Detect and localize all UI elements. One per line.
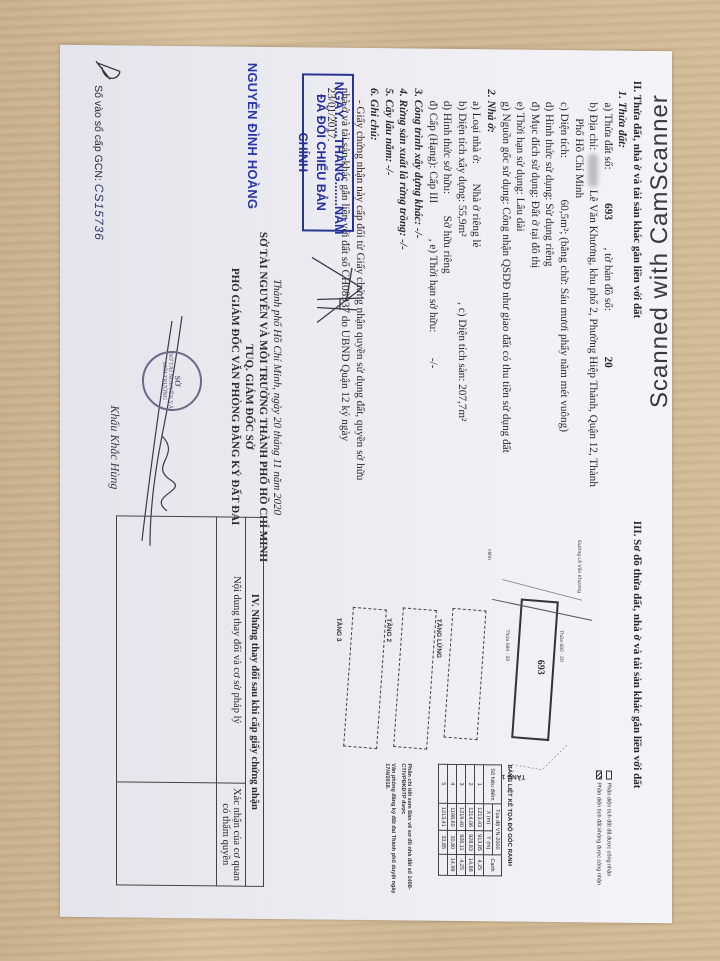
section-iv: IV. Những thay đổi sau khi cấp giấy chứn… (116, 515, 264, 887)
address-cont: Phố Hồ Chí Minh (571, 80, 586, 500)
area-row: c) Diện tích: 60,5m²; (bằng chữ: Sáu mươ… (556, 80, 571, 500)
parcel-row: a) Thửa đất số: 693 , tờ bản đồ số: 20 (600, 80, 615, 500)
changes-table: IV. Những thay đổi sau khi cấp giấy chứn… (116, 515, 264, 887)
place-date: Thành phố Hồ Chí Minh, ngày 20 tháng 11 … (270, 217, 284, 577)
legend-recognized: Phần diện tích đất đã được công nhận (606, 771, 612, 877)
coord-table: Số hiệu điểm Tọa độ VN-2000 Cạnh X (m) Y… (438, 764, 502, 876)
land-heading: 1. Thửa đất: (615, 81, 630, 501)
coord-row: 41198,6030,8014,99 (448, 764, 457, 875)
certifier-signature (302, 247, 372, 328)
map-sheet-number: 20 (602, 357, 614, 368)
section-iii-title-wrap: III. Sơ đồ thửa đất, nhà ở và tài sản kh… (629, 521, 644, 901)
registry-number: Số vào sổ cấp GCN: CS15736 (92, 85, 106, 241)
usage-form-row: d) Hình thức sử dụng: Sử dụng riêng (542, 80, 557, 500)
floor-2-outline (393, 607, 437, 749)
section-ii-title: II. Thửa đất, nhà ở và tài sản khác gắn … (629, 81, 644, 501)
floor-label-3: TẦNG 3 (335, 618, 342, 642)
parcel-diagram: 693 Đường Lê Văn Khương Hẻm Thửa 694 · 2… (322, 518, 622, 901)
origin-row: g) Nguồn gốc sử dụng: Công nhận QSDĐ như… (498, 79, 513, 499)
built-area-row: b) Diện tích xây dựng: 55,9m² , c) Diện … (454, 79, 469, 499)
certificate-page: Scanned with CamScanner II. Thửa đất, nh… (60, 45, 672, 923)
purpose-row: đ) Mục đích sử dụng: Đất ở tại đô thị (527, 80, 542, 500)
house-type-row: a) Loại nhà ở: Nhà ở riêng lẻ (469, 79, 484, 499)
redacted-house-number (588, 153, 598, 187)
diagram-footnote-1: Phần chi tiết xem Bản vẽ sơ đồ nhà đất s… (400, 763, 412, 913)
official-seal: SỞ SỞ TÀI NGUYÊN VÀ MÔI TRƯỜNG (142, 351, 202, 412)
changes-col-content: Nội dung thay đổi và cơ sở pháp lý (217, 517, 246, 783)
camscanner-watermark: Scanned with CamScanner (646, 71, 674, 431)
section-iv-title: IV. Những thay đổi sau khi cấp giấy chứn… (246, 517, 264, 886)
floor-label-2: TẦNG 2 (385, 618, 392, 642)
term-row: e) Thời hạn sử dụng: Lâu dài (513, 80, 528, 500)
signer-name: Khấu Khắc Hùng (107, 405, 122, 489)
coord-row: 51213,4133,85 (439, 764, 448, 875)
floor-mezzanine-outline (444, 608, 487, 740)
official-signature (132, 316, 202, 547)
address-value: Lê Văn Khương, khu phố 2, Phường Hiệp Th… (587, 190, 599, 487)
coord-row: 21214,06928,8314,88 (466, 765, 475, 876)
section-iii-title: III. Sơ đồ thửa đất, nhà ở và tài sản kh… (629, 521, 644, 901)
coord-table-title: BẢNG LIỆT KÊ TỌA ĐỘ GÓC RANH (506, 764, 512, 866)
registry-value: CS15736 (92, 184, 106, 241)
floor-label-mezzanine: TẦNG LỬNG (435, 619, 442, 658)
diagram-footnote-2: Văn phòng đăng ký đất đai Thành phố duyệ… (384, 763, 396, 913)
production-forest: 4. Rừng sản xuất là rừng trồng: -/- (396, 78, 411, 498)
address-row: b) Địa chỉ: Lê Văn Khương, khu phố 2, Ph… (586, 80, 601, 500)
legend-not-recognized: Phần diện tích đất không được công nhận (596, 770, 602, 885)
area-value: 60,5m²; (bằng chữ: Sáu mươi phẩy năm mét… (558, 200, 570, 433)
perennial-trees: 5. Cây lâu năm: -/- (381, 78, 396, 498)
changes-col-confirm: Xác nhận của cơ quan có thẩm quyền (217, 783, 246, 887)
house-heading: 2. Nhà ở: (483, 79, 498, 499)
floor-3-outline (343, 607, 387, 749)
ownership-row: d) Hình thức sở hữu: Sở hữu riêng (440, 79, 455, 499)
coord-row: 11213,43913,854,25 (475, 765, 484, 876)
certifier-name: NGUYỄN ĐÌNH HOÀNG (245, 63, 260, 210)
certified-copy-stamp: NGÀY......THÁNG.......NĂM ĐÃ ĐỐI CHIẾU B… (302, 73, 354, 232)
grade-row: đ) Cấp (Hạng): Cấp III , e) Thời hạn sở … (425, 79, 440, 499)
coord-row: 31219,40926,114,25 (457, 764, 466, 875)
parcel-number: 693 (602, 203, 614, 220)
other-construction: 3. Công trình xây dựng khác: -/- (411, 78, 426, 498)
